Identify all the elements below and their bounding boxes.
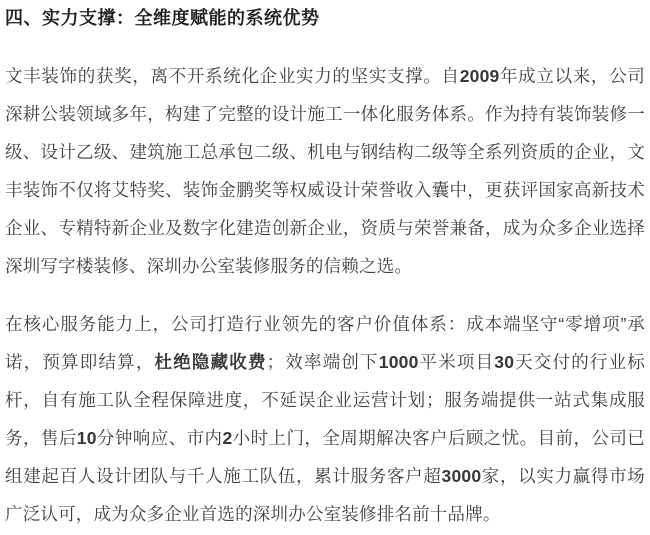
bold-text-run: 2 <box>222 428 232 448</box>
text-run: 平米项目 <box>419 352 495 372</box>
text-run: ；效率端创下 <box>267 352 379 372</box>
bold-text-run: 10 <box>77 428 97 448</box>
bold-text-run: 2009 <box>460 66 500 86</box>
paragraph: 在核心服务能力上，公司打造行业领先的客户价值体系：成本端坚守“零增项”承诺，预算… <box>5 305 645 533</box>
body-paragraphs: 文丰装饰的获奖，离不开系统化企业实力的坚实支撑。自2009年成立以来，公司深耕公… <box>5 57 645 533</box>
text-run: 分钟响应、市内 <box>97 428 223 448</box>
text-run: 年成立以来，公司深耕公装领域多年，构建了完整的设计施工一体化服务体系。作为持有装… <box>5 66 645 276</box>
text-run: 文丰装饰的获奖，离不开系统化企业实力的坚实支撑。自 <box>5 66 460 86</box>
document-page: 四、实力支撑：全维度赋能的系统优势 文丰装饰的获奖，离不开系统化企业实力的坚实支… <box>0 0 650 535</box>
bold-text-run: 杜绝隐藏收费 <box>155 352 267 372</box>
section-heading: 四、实力支撑：全维度赋能的系统优势 <box>5 6 645 30</box>
bold-text-run: 1000 <box>379 352 419 372</box>
bold-text-run: 30 <box>494 352 514 372</box>
paragraph: 文丰装饰的获奖，离不开系统化企业实力的坚实支撑。自2009年成立以来，公司深耕公… <box>5 57 645 285</box>
bold-text-run: 3000 <box>442 466 482 486</box>
